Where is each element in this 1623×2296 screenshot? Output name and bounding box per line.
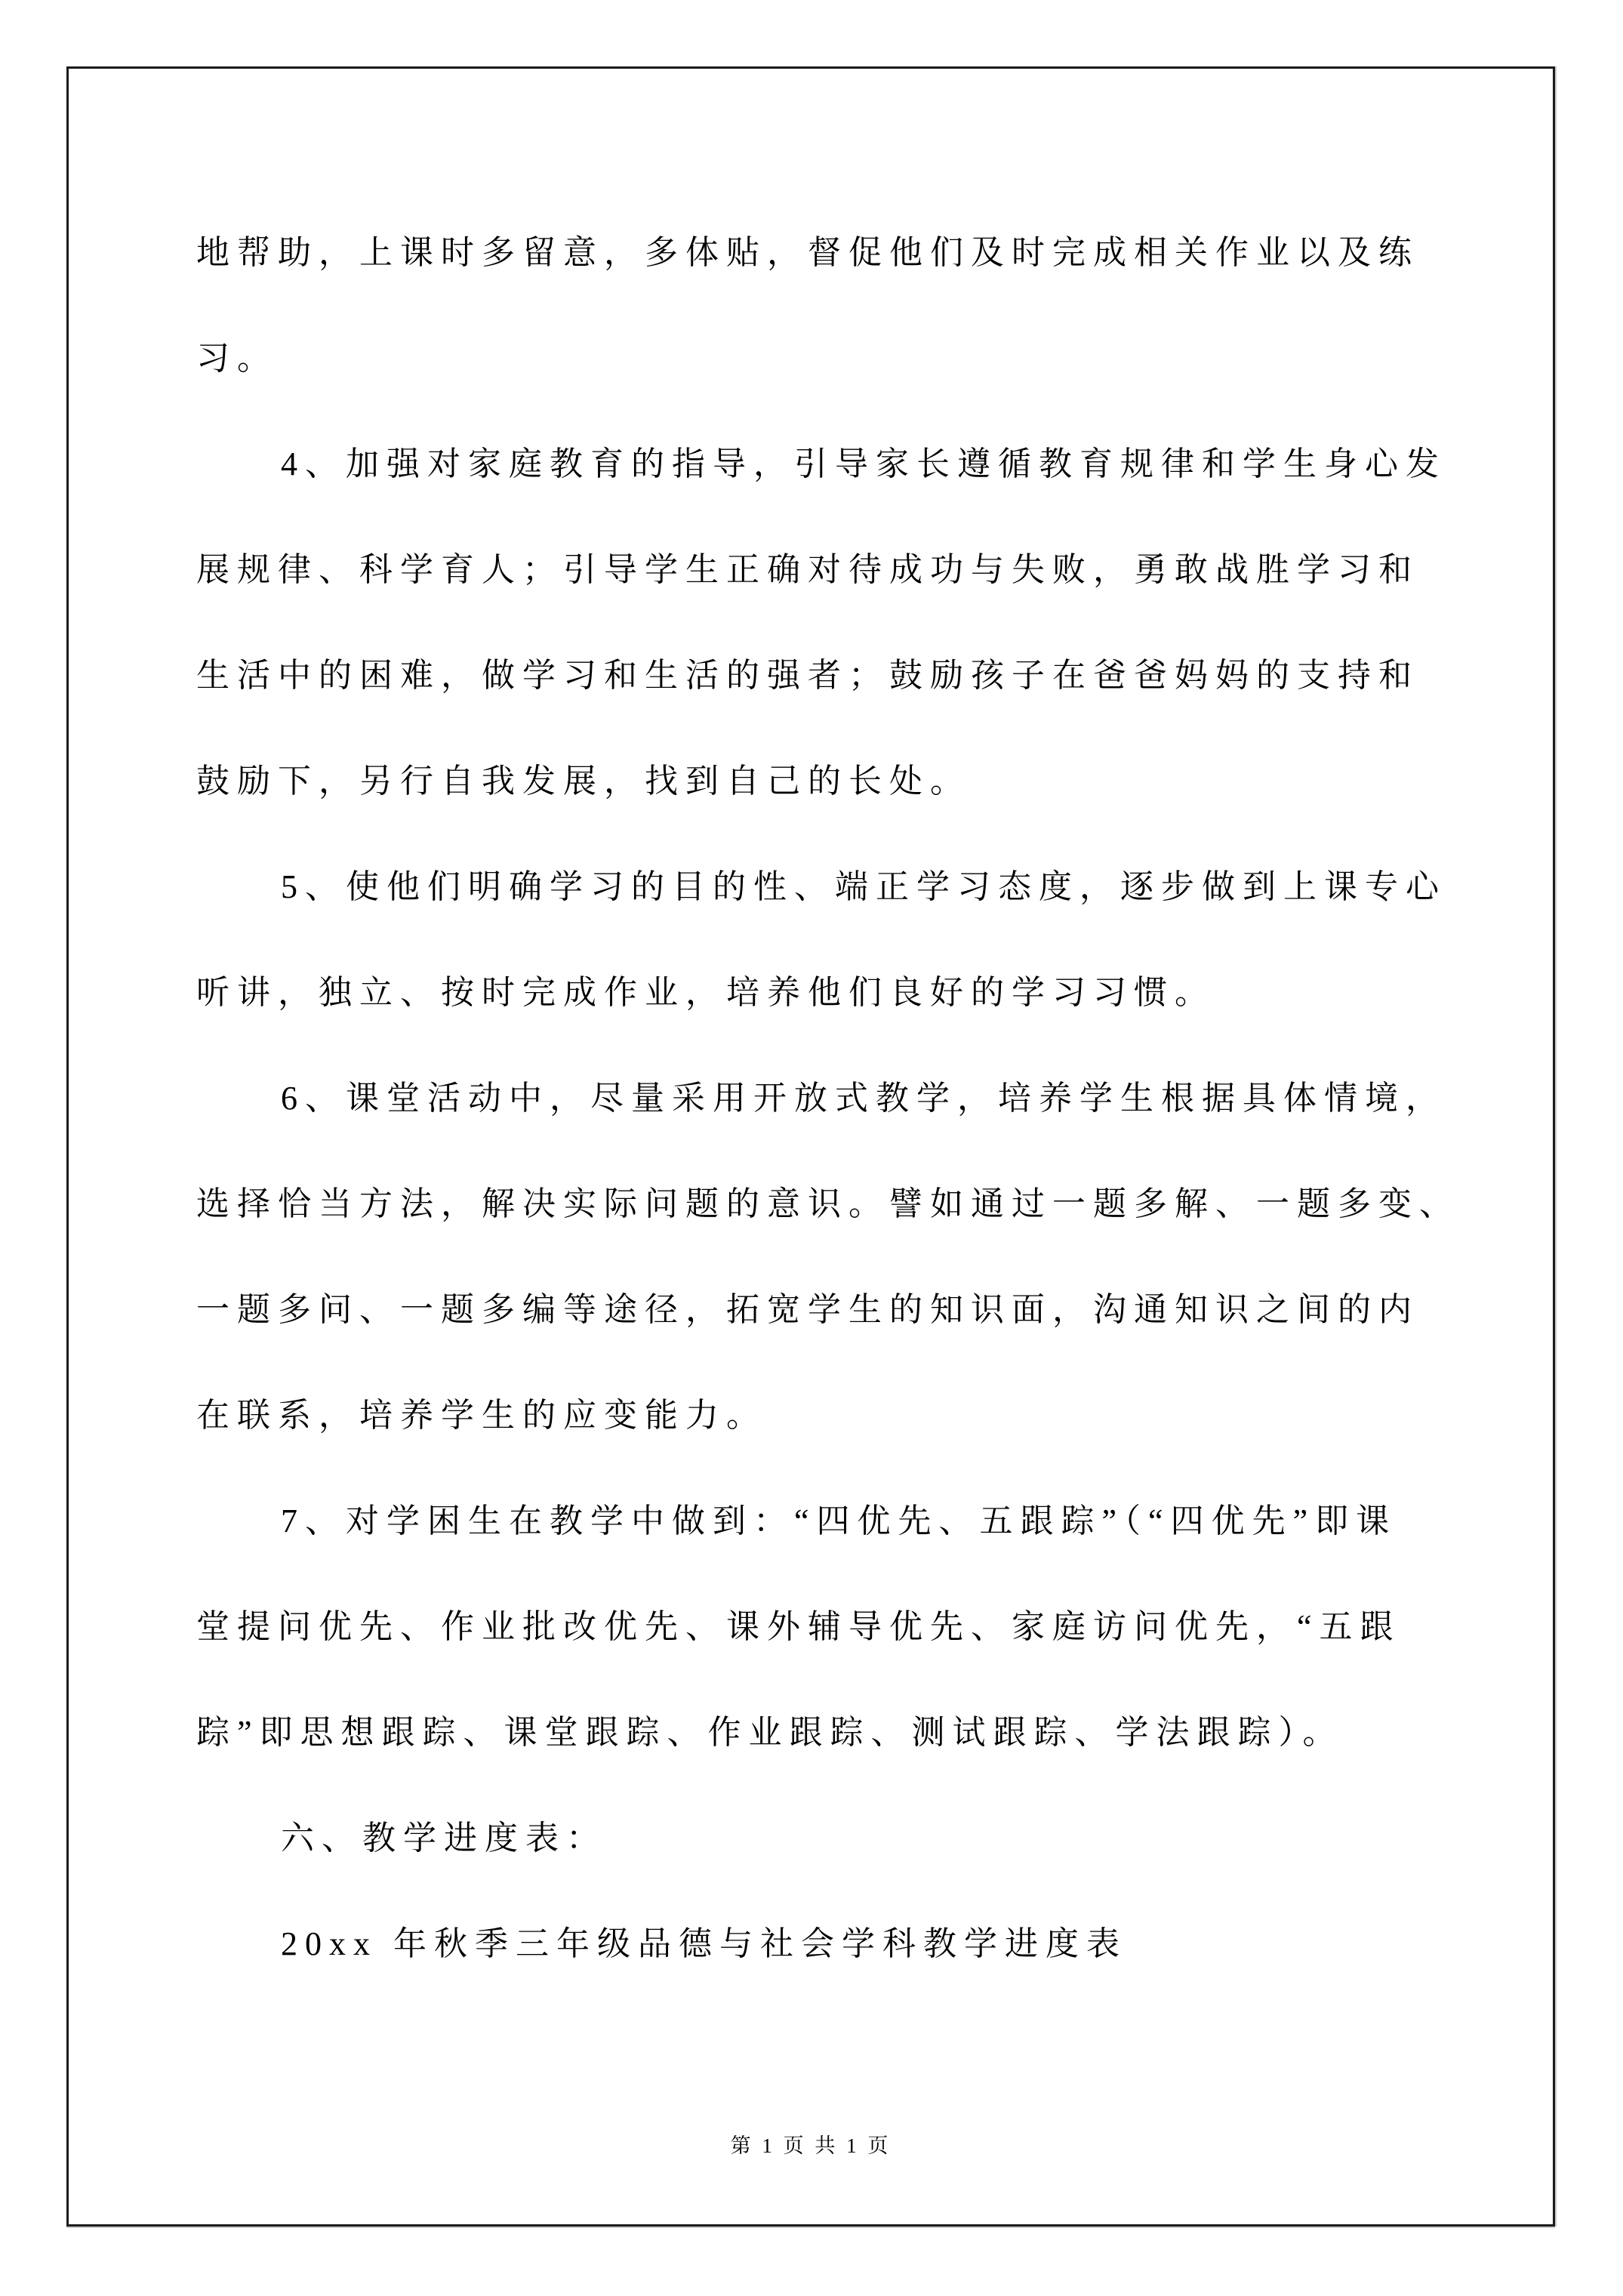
text-line: 6、课堂活动中，尽量采用开放式教学，培养学生根据具体情境，	[196, 1046, 1464, 1151]
text-line: 在联系，培养学生的应变能力。	[196, 1363, 1464, 1469]
text-line: 20xx 年秋季三年级品德与社会学科教学进度表	[196, 1891, 1464, 1997]
text-line: 习。	[196, 306, 1464, 411]
document-page: { "document": { "lines": [ { "indent": f…	[0, 0, 1623, 2296]
text-line: 踪”即思想跟踪、课堂跟踪、作业跟踪、测试跟踪、学法跟踪）。	[196, 1680, 1464, 1786]
text-line: 地帮助，上课时多留意，多体贴，督促他们及时完成相关作业以及练	[196, 200, 1464, 306]
text-line: 展规律、科学育人；引导学生正确对待成功与失败，勇敢战胜学习和	[196, 517, 1464, 623]
text-line: 生活中的困难，做学习和生活的强者；鼓励孩子在爸爸妈妈的支持和	[196, 623, 1464, 729]
text-line: 堂提问优先、作业批改优先、课外辅导优先、家庭访问优先，“五跟	[196, 1574, 1464, 1680]
text-line: 一题多问、一题多编等途径，拓宽学生的知识面，沟通知识之间的内	[196, 1257, 1464, 1363]
text-line: 六、教学进度表：	[196, 1786, 1464, 1891]
text-line: 鼓励下，另行自我发展，找到自己的长处。	[196, 729, 1464, 834]
text-line: 5、使他们明确学习的目的性、端正学习态度，逐步做到上课专心	[196, 834, 1464, 940]
text-line: 选择恰当方法，解决实际问题的意识。譬如通过一题多解、一题多变、	[196, 1151, 1464, 1257]
text-line: 听讲，独立、按时完成作业，培养他们良好的学习习惯。	[196, 940, 1464, 1046]
document-body: 地帮助，上课时多留意，多体贴，督促他们及时完成相关作业以及练习。4、加强对家庭教…	[196, 200, 1464, 1997]
text-line: 7、对学困生在教学中做到：“四优先、五跟踪”（“四优先”即课	[196, 1469, 1464, 1574]
text-line: 4、加强对家庭教育的指导，引导家长遵循教育规律和学生身心发	[196, 411, 1464, 517]
page-footer: 第 1 页 共 1 页	[66, 2131, 1555, 2161]
